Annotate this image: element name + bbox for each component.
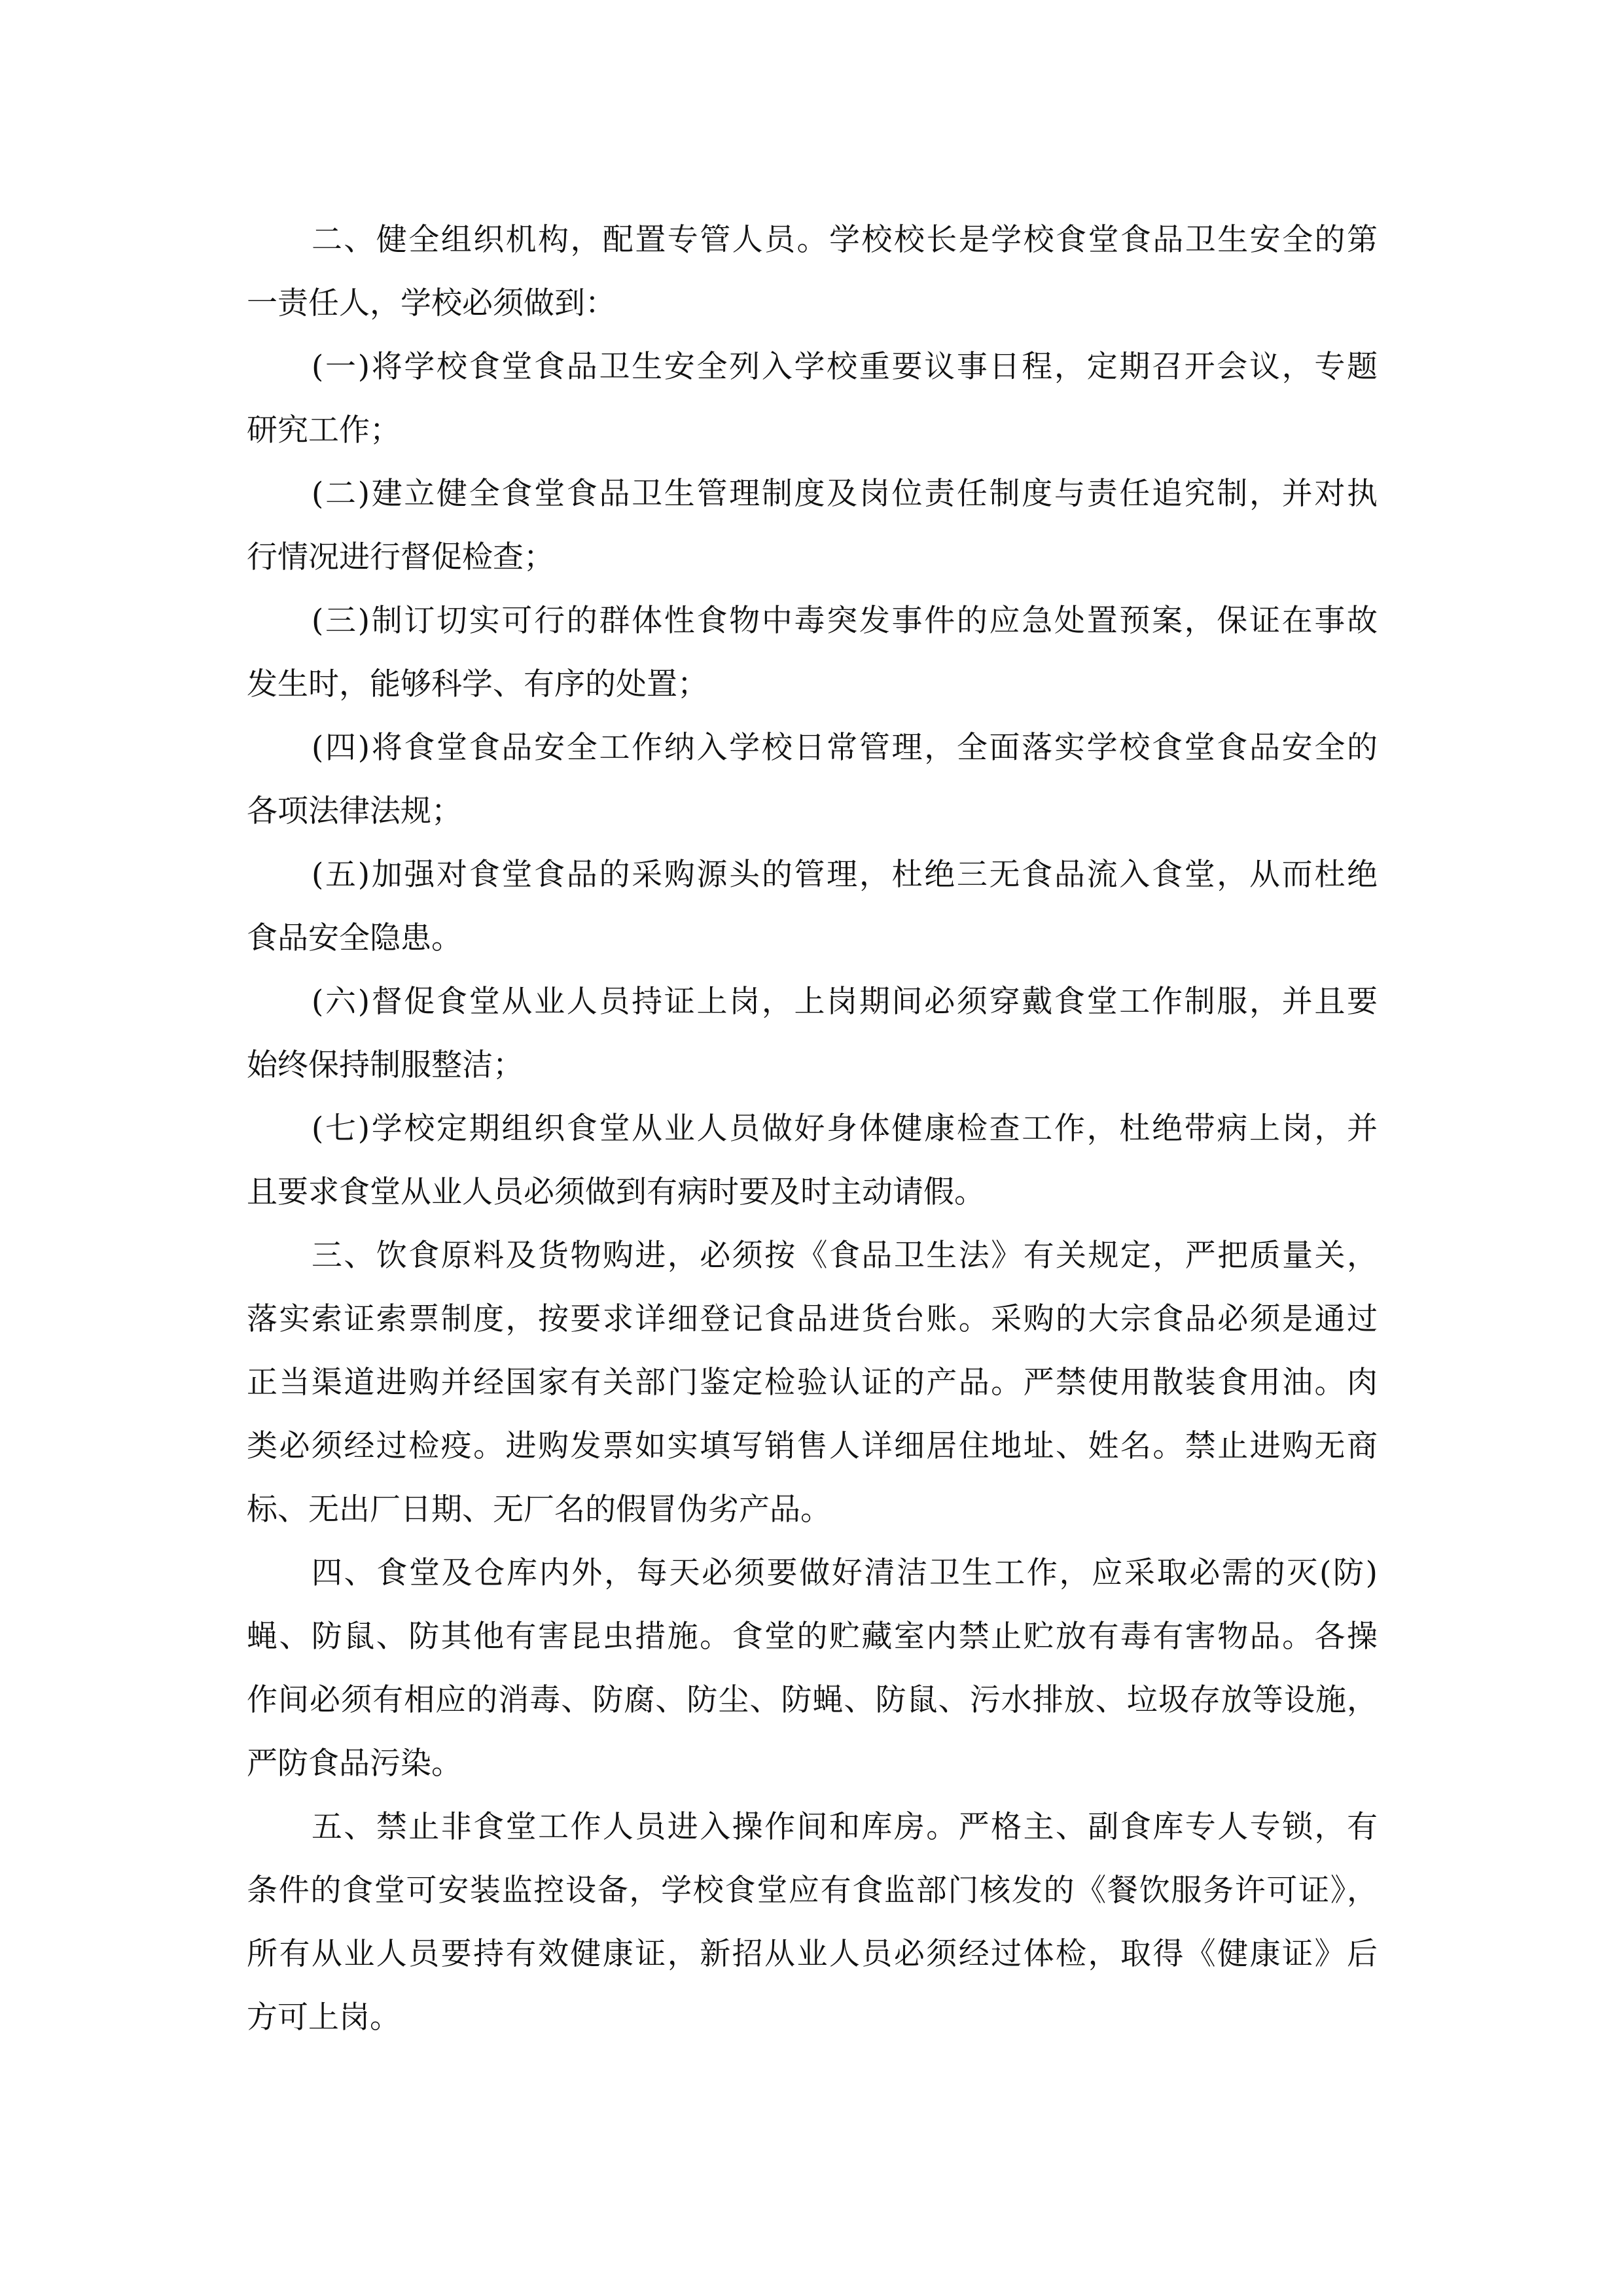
text-line: 正当渠道进购并经国家有关部门鉴定检验认证的产品。严禁使用散装食用油。肉 [247, 1351, 1378, 1414]
text-line: 标、无出厂日期、无厂名的假冒伪劣产品。 [247, 1478, 1378, 1541]
text-line: 类必须经过检疫。进购发票如实填写销售人详细居住地址、姓名。禁止进购无商 [247, 1414, 1378, 1478]
text-line: 蝇、防鼠、防其他有害昆虫措施。食堂的贮藏室内禁止贮放有毒有害物品。各操 [247, 1605, 1378, 1668]
text-line: 四、食堂及仓库内外，每天必须要做好清洁卫生工作，应采取必需的灭(防) [247, 1541, 1378, 1605]
text-line: 所有从业人员要持有效健康证，新招从业人员必须经过体检，取得《健康证》后 [247, 1922, 1378, 1986]
text-line: 三、饮食原料及货物购进，必须按《食品卫生法》有关规定，严把质量关， [247, 1224, 1378, 1287]
text-line: 各项法律法规； [247, 780, 1378, 843]
paragraph-item-7: (七)学校定期组织食堂从业人员做好身体健康检查工作，杜绝带病上岗，并 且要求食堂… [247, 1097, 1378, 1224]
text-line: 食品安全隐患。 [247, 906, 1378, 970]
text-line: 严防食品污染。 [247, 1732, 1378, 1795]
text-line: (一)将学校食堂食品卫生安全列入学校重要议事日程，定期召开会议，专题 [247, 335, 1378, 399]
text-line: 且要求食堂从业人员必须做到有病时要及时主动请假。 [247, 1160, 1378, 1224]
text-line: (七)学校定期组织食堂从业人员做好身体健康检查工作，杜绝带病上岗，并 [247, 1097, 1378, 1160]
text-line: 始终保持制服整洁； [247, 1033, 1378, 1097]
text-line: (六)督促食堂从业人员持证上岗，上岗期间必须穿戴食堂工作制服，并且要 [247, 970, 1378, 1033]
text-line: 落实索证索票制度，按要求详细登记食品进货台账。采购的大宗食品必须是通过 [247, 1287, 1378, 1351]
text-line: (四)将食堂食品安全工作纳入学校日常管理，全面落实学校食堂食品安全的 [247, 716, 1378, 780]
text-line: 五、禁止非食堂工作人员进入操作间和库房。严格主、副食库专人专锁，有 [247, 1795, 1378, 1859]
paragraph-item-1: (一)将学校食堂食品卫生安全列入学校重要议事日程，定期召开会议，专题 研究工作； [247, 335, 1378, 462]
paragraph-item-5: (五)加强对食堂食品的采购源头的管理，杜绝三无食品流入食堂，从而杜绝 食品安全隐… [247, 843, 1378, 970]
text-line: 发生时，能够科学、有序的处置； [247, 653, 1378, 716]
text-line: 行情况进行督促检查； [247, 526, 1378, 589]
text-line: 方可上岗。 [247, 1986, 1378, 2049]
paragraph-item-4: (四)将食堂食品安全工作纳入学校日常管理，全面落实学校食堂食品安全的 各项法律法… [247, 716, 1378, 843]
paragraph-section-4: 四、食堂及仓库内外，每天必须要做好清洁卫生工作，应采取必需的灭(防) 蝇、防鼠、… [247, 1541, 1378, 1795]
paragraph-section-5: 五、禁止非食堂工作人员进入操作间和库房。严格主、副食库专人专锁，有 条件的食堂可… [247, 1795, 1378, 2049]
paragraph-section-2: 二、健全组织机构，配置专管人员。学校校长是学校食堂食品卫生安全的第 一责任人，学… [247, 208, 1378, 335]
paragraph-section-3: 三、饮食原料及货物购进，必须按《食品卫生法》有关规定，严把质量关， 落实索证索票… [247, 1224, 1378, 1541]
text-line: 作间必须有相应的消毒、防腐、防尘、防蝇、防鼠、污水排放、垃圾存放等设施， [247, 1668, 1378, 1732]
document-page: 二、健全组织机构，配置专管人员。学校校长是学校食堂食品卫生安全的第 一责任人，学… [247, 208, 1378, 2049]
text-line: (五)加强对食堂食品的采购源头的管理，杜绝三无食品流入食堂，从而杜绝 [247, 843, 1378, 906]
paragraph-item-3: (三)制订切实可行的群体性食物中毒突发事件的应急处置预案，保证在事故 发生时，能… [247, 589, 1378, 716]
text-line: 研究工作； [247, 399, 1378, 462]
paragraph-item-6: (六)督促食堂从业人员持证上岗，上岗期间必须穿戴食堂工作制服，并且要 始终保持制… [247, 970, 1378, 1097]
text-line: 条件的食堂可安装监控设备，学校食堂应有食监部门核发的《餐饮服务许可证》， [247, 1859, 1378, 1922]
text-line: 二、健全组织机构，配置专管人员。学校校长是学校食堂食品卫生安全的第 [247, 208, 1378, 272]
text-line: (二)建立健全食堂食品卫生管理制度及岗位责任制度与责任追究制，并对执 [247, 462, 1378, 526]
paragraph-item-2: (二)建立健全食堂食品卫生管理制度及岗位责任制度与责任追究制，并对执 行情况进行… [247, 462, 1378, 589]
text-line: 一责任人，学校必须做到： [247, 272, 1378, 335]
text-line: (三)制订切实可行的群体性食物中毒突发事件的应急处置预案，保证在事故 [247, 589, 1378, 653]
